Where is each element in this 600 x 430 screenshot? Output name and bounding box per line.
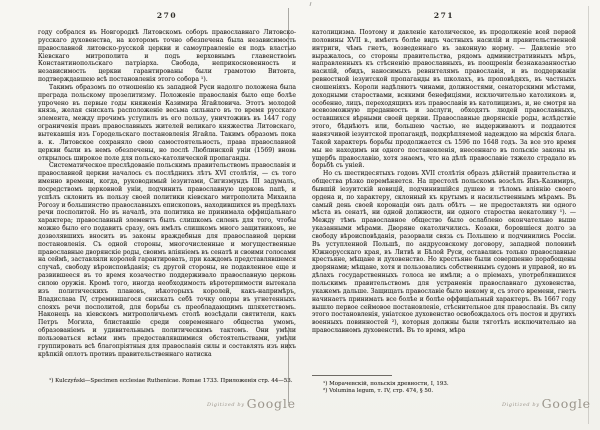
page-number-right: 271 (312, 11, 576, 20)
digitized-by-text: Digitized by (207, 402, 245, 408)
footnotes-left: ¹) Kulczyński—Specimen ecclesiae Rutheni… (38, 378, 296, 385)
google-watermark-right: Digitized byGoogle (502, 393, 591, 412)
footnote: ¹) Kulczyński—Specimen ecclesiae Rutheni… (38, 378, 296, 385)
page-text-right: католицизма. Поэтому и давленіе католиче… (312, 29, 576, 335)
digitized-by-text: Digitized by (502, 402, 540, 408)
footnote: ¹) Морачевскій, польскія древности, I, 1… (312, 381, 576, 388)
footnote-separator-rule (312, 375, 392, 376)
paragraph: Систематическое преслѣдованіе польскимъ … (38, 162, 296, 358)
paragraph: Такимъ образомъ по отношенію къ западной… (38, 84, 296, 162)
page-gutter-line-top (288, 8, 289, 58)
paragraph: Но съ шестидесятыхъ годовъ XVII столѣтія… (312, 170, 576, 335)
scan-speck (310, 2, 312, 6)
page-number-left: 270 (38, 11, 296, 20)
google-logo-text: Google (542, 396, 591, 411)
paragraph-continuation: году собрался въ Новгородкѣ Литовскомъ с… (38, 29, 296, 84)
page-edge-line (588, 6, 589, 424)
book-scan: { "left_page": { "page_number": "270", "… (0, 0, 600, 430)
page-text-left: году собрался въ Новгородкѣ Литовскомъ с… (38, 29, 296, 358)
paragraph-continuation: католицизма. Поэтому и давленіе католиче… (312, 29, 576, 170)
page-gutter-line-bottom (288, 327, 289, 403)
google-watermark-left: Digitized byGoogle (207, 393, 296, 412)
